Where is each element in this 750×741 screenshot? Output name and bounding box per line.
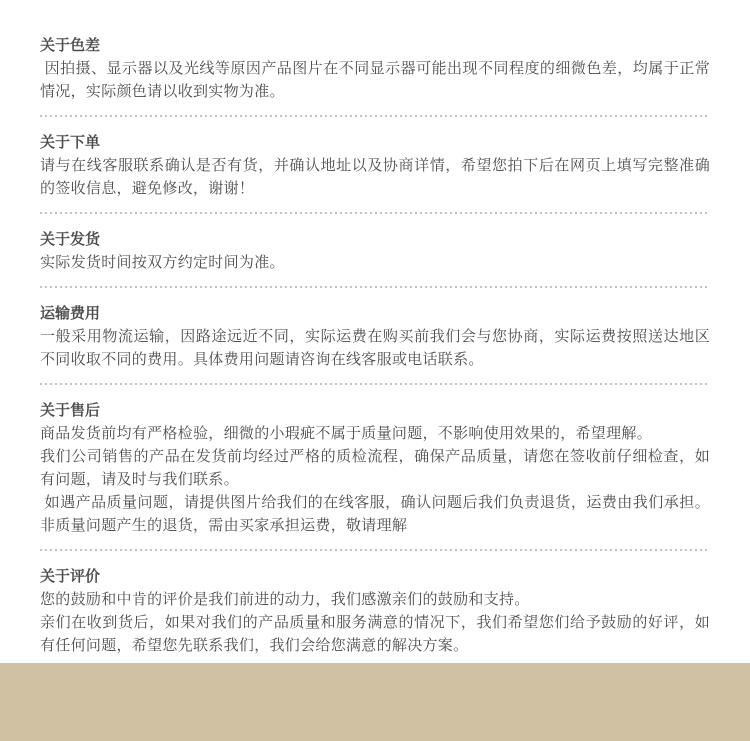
section-paragraphs: 一般采用物流运输，因路途远近不同，实际运费在购买前我们会与您协商，实际运费按照送…	[40, 325, 710, 371]
dotted-separator	[40, 549, 710, 551]
notice-section: 关于评价 您的鼓励和中肯的评价是我们前进的动力，我们感激亲们的鼓励和支持。亲们在…	[40, 565, 710, 671]
section-heading: 关于售后	[40, 399, 710, 422]
dotted-separator	[40, 212, 710, 214]
section-heading: 关于色差	[40, 34, 710, 57]
section-paragraph: 实际发货时间按双方约定时间为准。	[40, 251, 710, 274]
section-paragraphs: 因拍摄、显示器以及光线等原因产品图片在不同显示器可能出现不同程度的细微色差，均属…	[40, 57, 710, 103]
section-paragraph: 一般采用物流运输，因路途远近不同，实际运费在购买前我们会与您协商，实际运费按照送…	[40, 325, 710, 371]
notice-section: 关于发货 实际发货时间按双方约定时间为准。	[40, 228, 710, 288]
section-heading: 关于下单	[40, 131, 710, 154]
section-heading: 运输费用	[40, 302, 710, 325]
section-paragraph: 如遇产品质量问题，请提供图片给我们的在线客服，确认问题后我们负责退货，运费由我们…	[40, 491, 710, 537]
notice-section: 关于下单 请与在线客服联系确认是否有货，并确认地址以及协商详情，希望您拍下后在网…	[40, 131, 710, 214]
notice-content: 关于色差 因拍摄、显示器以及光线等原因产品图片在不同显示器可能出现不同程度的细微…	[0, 0, 750, 671]
dotted-separator	[40, 383, 710, 385]
footer-color-band	[0, 663, 750, 741]
product-notice-page: 关于色差 因拍摄、显示器以及光线等原因产品图片在不同显示器可能出现不同程度的细微…	[0, 0, 750, 671]
section-paragraphs: 实际发货时间按双方约定时间为准。	[40, 251, 710, 274]
section-paragraphs: 请与在线客服联系确认是否有货，并确认地址以及协商详情，希望您拍下后在网页上填写完…	[40, 154, 710, 200]
section-paragraph: 您的鼓励和中肯的评价是我们前进的动力，我们感激亲们的鼓励和支持。	[40, 588, 710, 611]
notice-section: 运输费用 一般采用物流运输，因路途远近不同，实际运费在购买前我们会与您协商，实际…	[40, 302, 710, 385]
dotted-separator	[40, 286, 710, 288]
section-paragraph: 请与在线客服联系确认是否有货，并确认地址以及协商详情，希望您拍下后在网页上填写完…	[40, 154, 710, 200]
dotted-separator	[40, 115, 710, 117]
section-paragraph: 我们公司销售的产品在发货前均经过严格的质检流程，确保产品质量，请您在签收前仔细检…	[40, 445, 710, 491]
section-paragraph: 因拍摄、显示器以及光线等原因产品图片在不同显示器可能出现不同程度的细微色差，均属…	[40, 57, 710, 103]
notice-section: 关于售后 商品发货前均有严格检验，细微的小瑕疵不属于质量问题，不影响使用效果的，…	[40, 399, 710, 551]
section-paragraphs: 商品发货前均有严格检验，细微的小瑕疵不属于质量问题，不影响使用效果的，希望理解。…	[40, 422, 710, 537]
section-heading: 关于发货	[40, 228, 710, 251]
section-paragraph: 亲们在收到货后，如果对我们的产品质量和服务满意的情况下，我们希望您们给予鼓励的好…	[40, 611, 710, 657]
section-paragraph: 商品发货前均有严格检验，细微的小瑕疵不属于质量问题，不影响使用效果的，希望理解。	[40, 422, 710, 445]
section-paragraphs: 您的鼓励和中肯的评价是我们前进的动力，我们感激亲们的鼓励和支持。亲们在收到货后，…	[40, 588, 710, 657]
section-heading: 关于评价	[40, 565, 710, 588]
notice-section: 关于色差 因拍摄、显示器以及光线等原因产品图片在不同显示器可能出现不同程度的细微…	[40, 34, 710, 117]
